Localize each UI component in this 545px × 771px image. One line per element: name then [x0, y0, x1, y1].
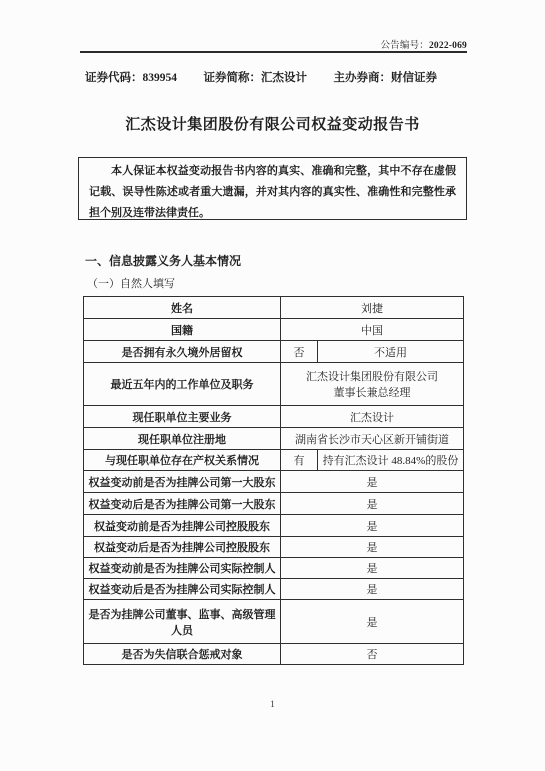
- page-title: 汇杰设计集团股份有限公司权益变动报告书: [0, 113, 545, 134]
- row-label: 现任职单位主要业务: [84, 406, 281, 428]
- row-value: 是: [281, 471, 464, 493]
- table-row: 现任职单位主要业务 汇杰设计: [84, 406, 464, 428]
- table-row: 是否为失信联合惩戒对象 否: [84, 644, 464, 665]
- table-row: 权益变动前是否为挂牌公司第一大股东 是: [84, 471, 464, 493]
- row-label: 姓名: [84, 297, 281, 319]
- securities-code: 证券代码：839954: [85, 69, 177, 85]
- row-value: 是: [281, 558, 464, 579]
- info-table: 姓名 刘捷 国籍 中国 是否拥有永久境外居留权 否 不适用 最近五年内的工作单位…: [83, 296, 464, 665]
- row-label: 现任职单位注册地: [84, 428, 281, 450]
- table-row: 是否拥有永久境外居留权 否 不适用: [84, 341, 464, 363]
- row-value: 是: [281, 493, 464, 515]
- table-row: 姓名 刘捷: [84, 297, 464, 319]
- table-row: 权益变动前是否为挂牌公司控股股东 是: [84, 515, 464, 537]
- announcement-label: 公告编号：: [380, 41, 429, 51]
- row-label: 权益变动后是否为挂牌公司第一大股东: [84, 493, 281, 515]
- row-label: 权益变动前是否为挂牌公司实际控制人: [84, 558, 281, 579]
- row-label: 最近五年内的工作单位及职务: [84, 363, 281, 406]
- table-row: 是否为挂牌公司董事、监事、高级管理人员 是: [84, 600, 464, 644]
- row-value: 中国: [281, 319, 464, 341]
- announcement-number-line: 公告编号：2022-069: [80, 37, 467, 51]
- row-value: 持有汇杰设计 48.84%的股份: [318, 450, 464, 471]
- row-label: 是否为失信联合惩戒对象: [84, 644, 281, 665]
- row-flag: 有: [281, 450, 318, 471]
- table-row: 现任职单位注册地 湖南省长沙市天心区新开铺街道: [84, 428, 464, 450]
- header-rule: [80, 51, 467, 53]
- row-flag: 否: [281, 341, 318, 363]
- row-value: 汇杰设计: [281, 406, 464, 428]
- row-value: 汇杰设计集团股份有限公司 董事长兼总经理: [281, 363, 464, 406]
- table-row: 权益变动前是否为挂牌公司实际控制人 是: [84, 558, 464, 579]
- securities-abbr: 证券简称：汇杰设计: [204, 69, 308, 85]
- section-heading: 一、信息披露义务人基本情况: [85, 252, 241, 269]
- row-value-line: 汇杰设计集团股份有限公司: [283, 368, 461, 384]
- table-row: 权益变动后是否为挂牌公司控股股东 是: [84, 537, 464, 558]
- row-label: 是否拥有永久境外居留权: [84, 341, 281, 363]
- declaration-box: 本人保证本权益变动报告书内容的真实、准确和完整，其中不存在虚假记载、误导性陈述或…: [78, 157, 467, 220]
- row-label: 权益变动前是否为挂牌公司控股股东: [84, 515, 281, 537]
- document-page: 公告编号：2022-069 证券代码：839954 证券简称：汇杰设计 主办券商…: [0, 0, 545, 771]
- row-label: 国籍: [84, 319, 281, 341]
- table-row: 最近五年内的工作单位及职务 汇杰设计集团股份有限公司 董事长兼总经理: [84, 363, 464, 406]
- table-row: 国籍 中国: [84, 319, 464, 341]
- row-value: 湖南省长沙市天心区新开铺街道: [281, 428, 464, 450]
- row-label: 与现任职单位存在产权关系情况: [84, 450, 281, 471]
- table-row: 权益变动后是否为挂牌公司第一大股东 是: [84, 493, 464, 515]
- securities-info-line: 证券代码：839954 证券简称：汇杰设计 主办券商：财信证券: [85, 69, 437, 85]
- row-value: 刘捷: [281, 297, 464, 319]
- row-value: 不适用: [318, 341, 464, 363]
- row-value: 是: [281, 600, 464, 644]
- announcement-number: 2022-069: [429, 41, 467, 51]
- row-label: 权益变动后是否为挂牌公司控股股东: [84, 537, 281, 558]
- row-value: 是: [281, 515, 464, 537]
- table-row: 与现任职单位存在产权关系情况 有 持有汇杰设计 48.84%的股份: [84, 450, 464, 471]
- row-label: 权益变动前是否为挂牌公司第一大股东: [84, 471, 281, 493]
- sponsor-broker: 主办券商：财信证券: [334, 69, 438, 85]
- subsection-heading: （一）自然人填写: [87, 275, 175, 291]
- page-number: 1: [0, 700, 545, 710]
- row-value: 是: [281, 537, 464, 558]
- row-label: 权益变动后是否为挂牌公司实际控制人: [84, 579, 281, 600]
- row-label: 是否为挂牌公司董事、监事、高级管理人员: [84, 600, 281, 644]
- row-value-line: 董事长兼总经理: [283, 384, 461, 400]
- row-value: 是: [281, 579, 464, 600]
- row-value: 否: [281, 644, 464, 665]
- table-row: 权益变动后是否为挂牌公司实际控制人 是: [84, 579, 464, 600]
